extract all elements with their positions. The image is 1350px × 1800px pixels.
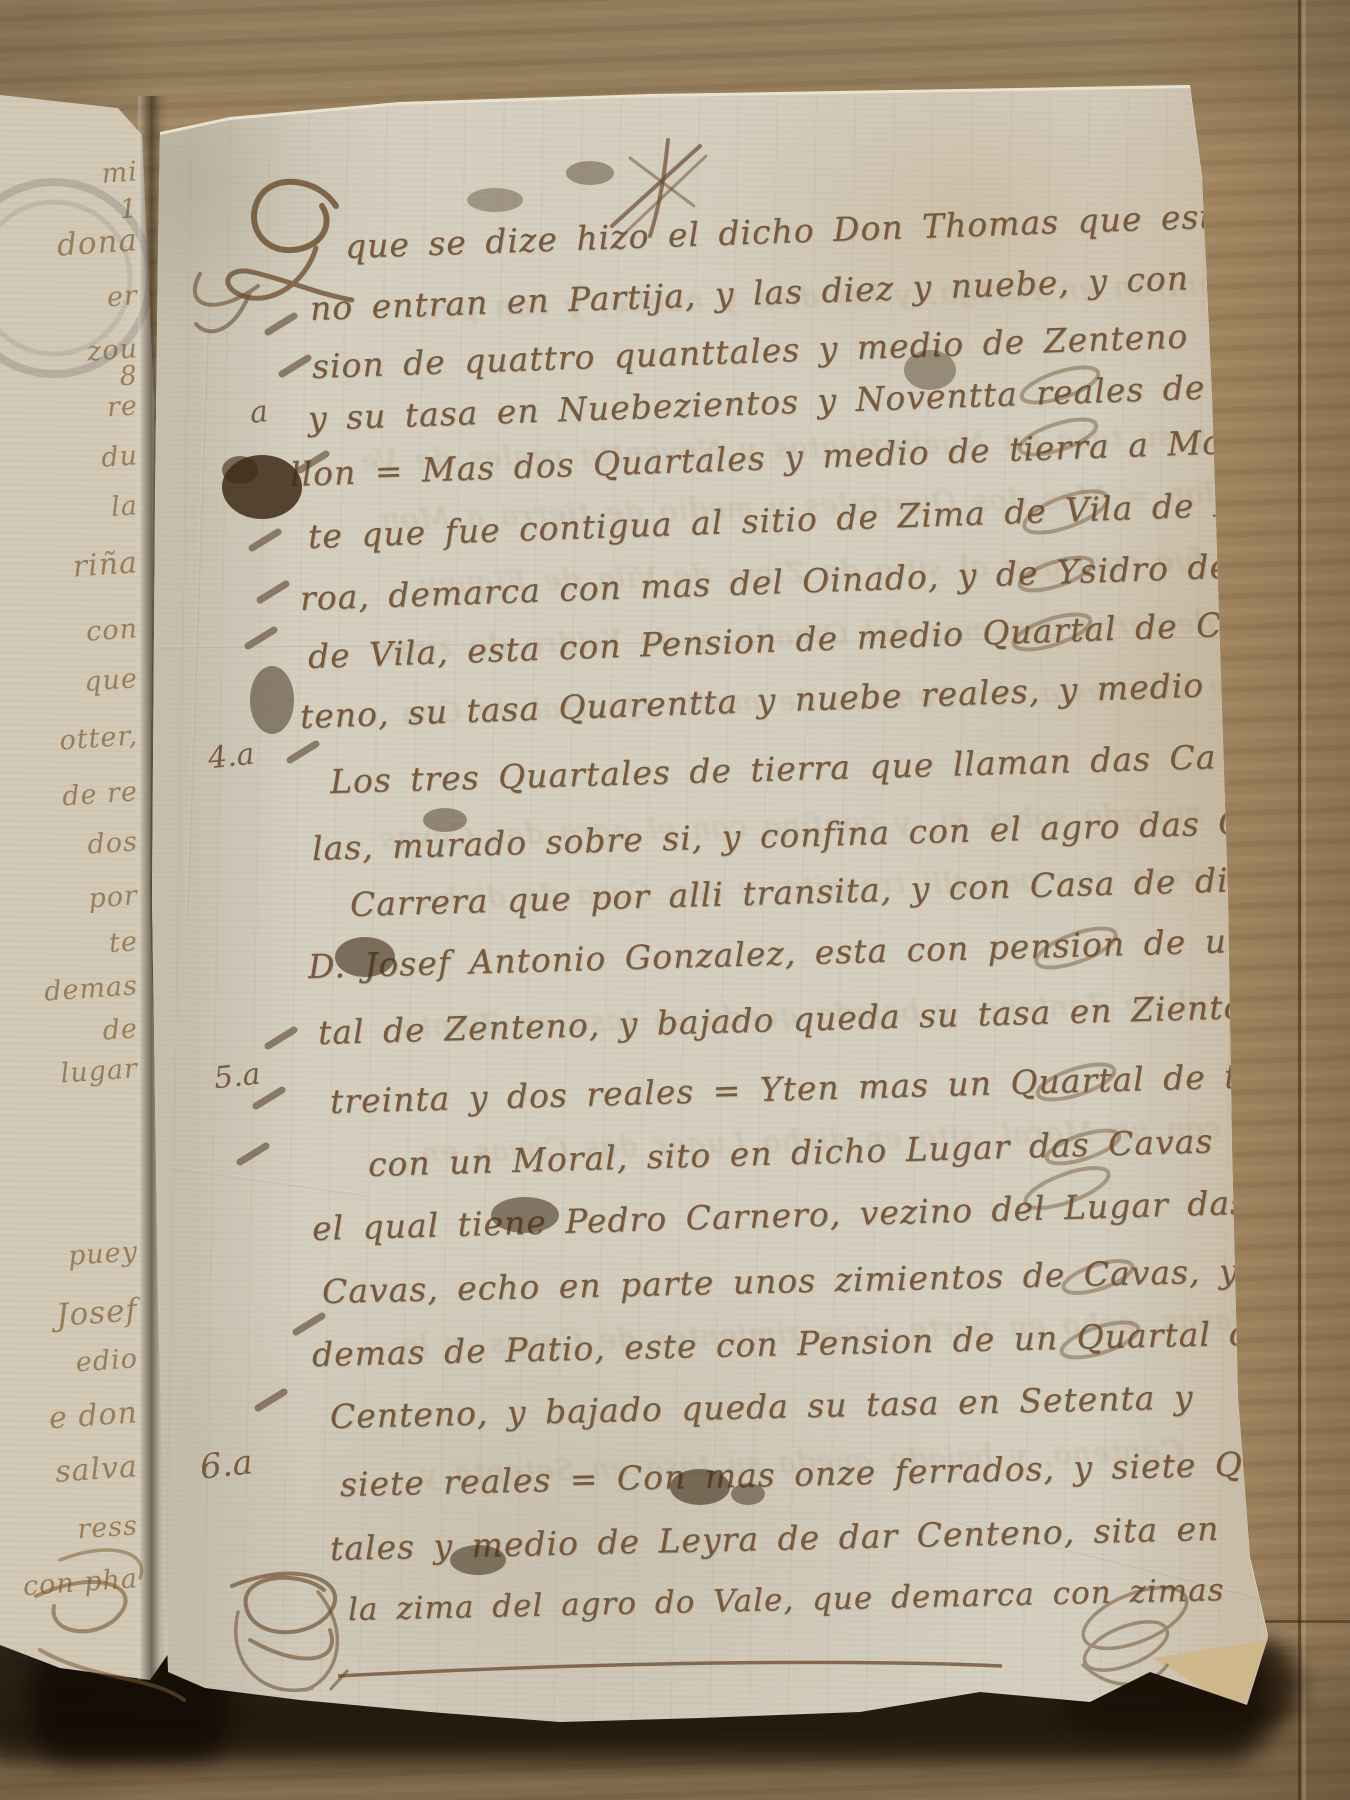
photograph-of-manuscript: mi 1 dona er zou 8 re du la riña con que… [0, 0, 1350, 1800]
initial-letter-flourish [195, 182, 352, 332]
manuscript-page: no entran en Partija, y las diez y nuebe… [0, 0, 1350, 1800]
stamp-seal-inner-ring [0, 202, 130, 354]
pen-swirl-flourish [232, 1574, 337, 1691]
line-end-loop-flourishes [1010, 360, 1142, 1364]
cardboard-horizontal-crease [1262, 1620, 1350, 1623]
corner-spiral-flourish [1075, 1575, 1195, 1684]
cardboard-vertical-crease [1298, 0, 1301, 1800]
ink-underline-rule [330, 1662, 1002, 1690]
ink-blots [222, 161, 956, 1575]
cross-mark-icon [612, 140, 706, 236]
cardboard-vertical-crease-highlight [1302, 0, 1306, 1800]
ink-decoration-overlay [0, 0, 1350, 1800]
